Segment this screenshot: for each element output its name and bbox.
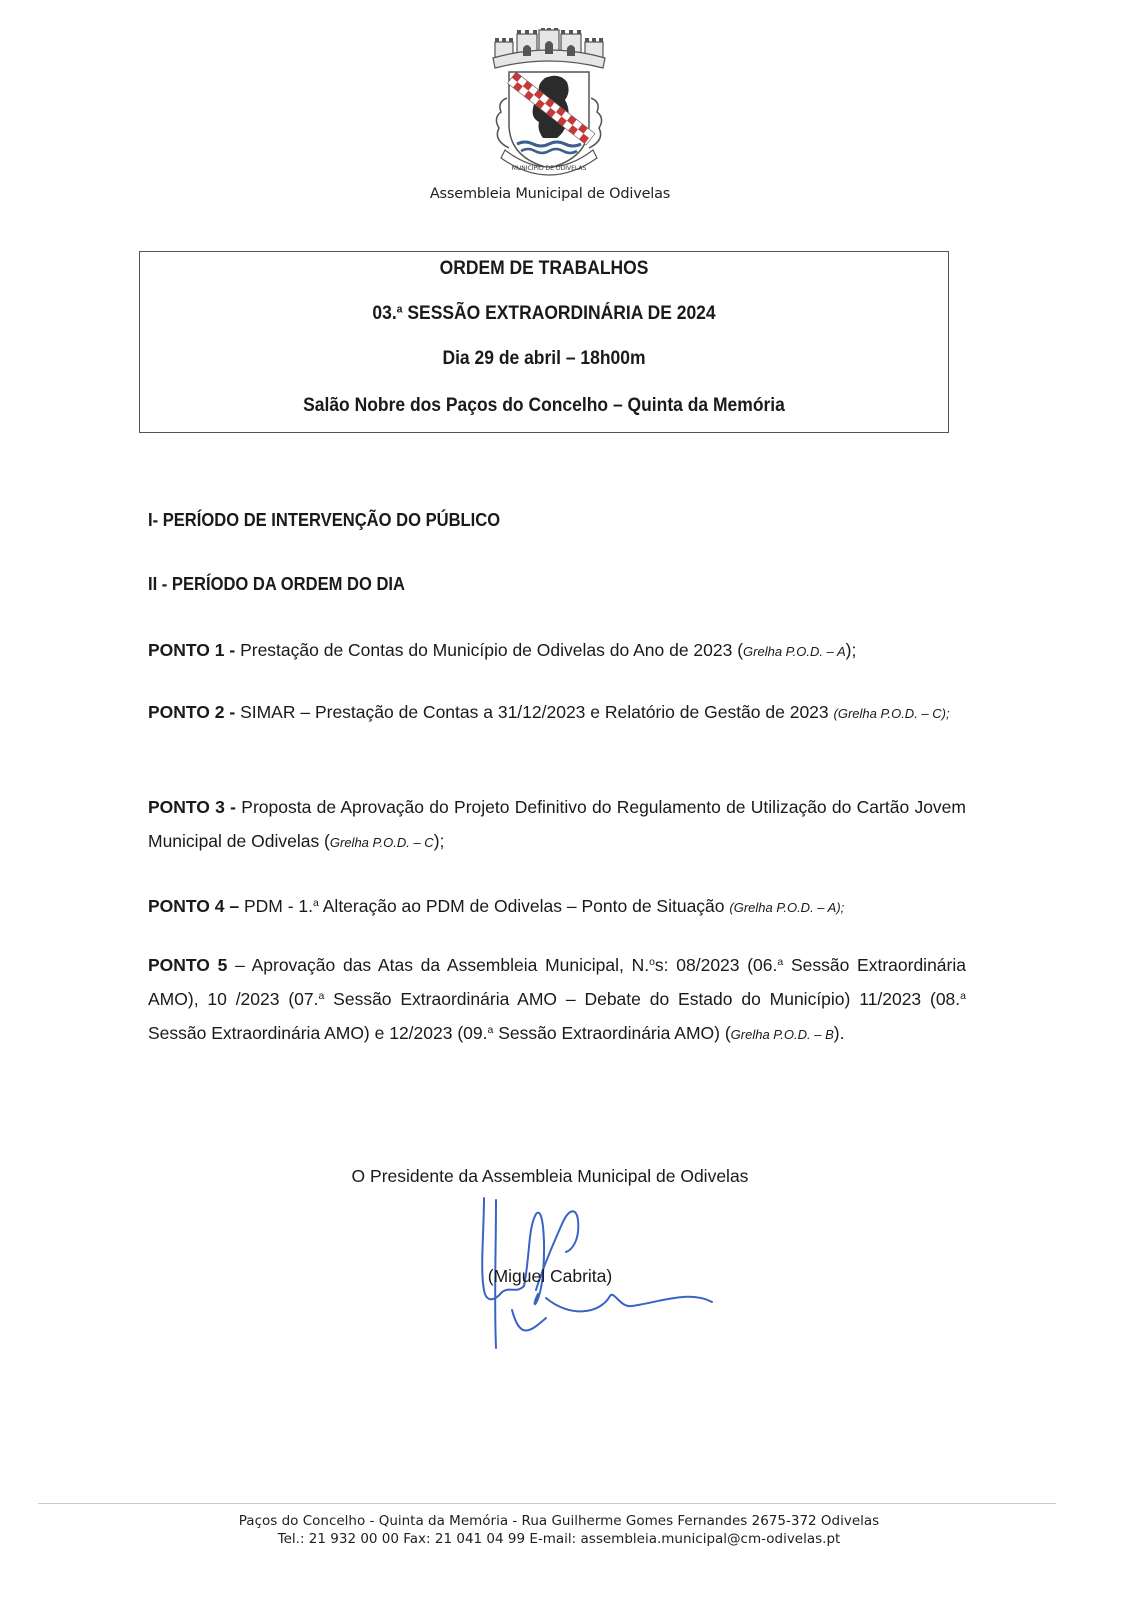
session-date-time: Dia 29 de abril – 18h00m [172,348,915,370]
footer-address: Paços do Concelho - Quinta da Memória - … [0,1513,1118,1529]
document-page: MUNICÍPIO DE ODIVELAS Assembleia Municip… [0,0,1132,1600]
document-title: ORDEM DE TRABALHOS [172,258,915,280]
agenda-item-1: PONTO 1 - Prestação de Contas do Municíp… [148,633,966,669]
municipal-crest-icon: MUNICÍPIO DE ODIVELAS [487,28,611,178]
section-public-intervention: I- PERÍODO DE INTERVENÇÃO DO PÚBLICO [148,510,500,531]
session-title: 03.a SESSÃO EXTRAORDINÁRIA DE 2024 [172,303,915,325]
footer-contacts: Tel.: 21 932 00 00 Fax: 21 041 04 99 E-m… [0,1531,1118,1547]
section-order-of-day: II - PERÍODO DA ORDEM DO DIA [148,574,405,595]
session-location: Salão Nobre dos Paços do Concelho – Quin… [172,395,915,417]
agenda-item-3: PONTO 3 - Proposta de Aprovação do Proje… [148,790,966,860]
signatory-name: (Miguel Cabrita) [0,1266,1100,1287]
agenda-item-4: PONTO 4 – PDM - 1.a Alteração ao PDM de … [148,889,966,925]
footer-divider [38,1503,1056,1504]
svg-text:MUNICÍPIO DE ODIVELAS: MUNICÍPIO DE ODIVELAS [512,165,587,172]
agenda-item-5: PONTO 5 – Aprovação das Atas da Assemble… [148,948,966,1052]
agenda-title-box: ORDEM DE TRABALHOS 03.a SESSÃO EXTRAORDI… [139,251,949,433]
agenda-item-2: PONTO 2 - SIMAR – Prestação de Contas a … [148,695,966,731]
organization-name: Assembleia Municipal de Odivelas [0,186,1100,202]
signatory-title: O Presidente da Assembleia Municipal de … [0,1166,1100,1187]
